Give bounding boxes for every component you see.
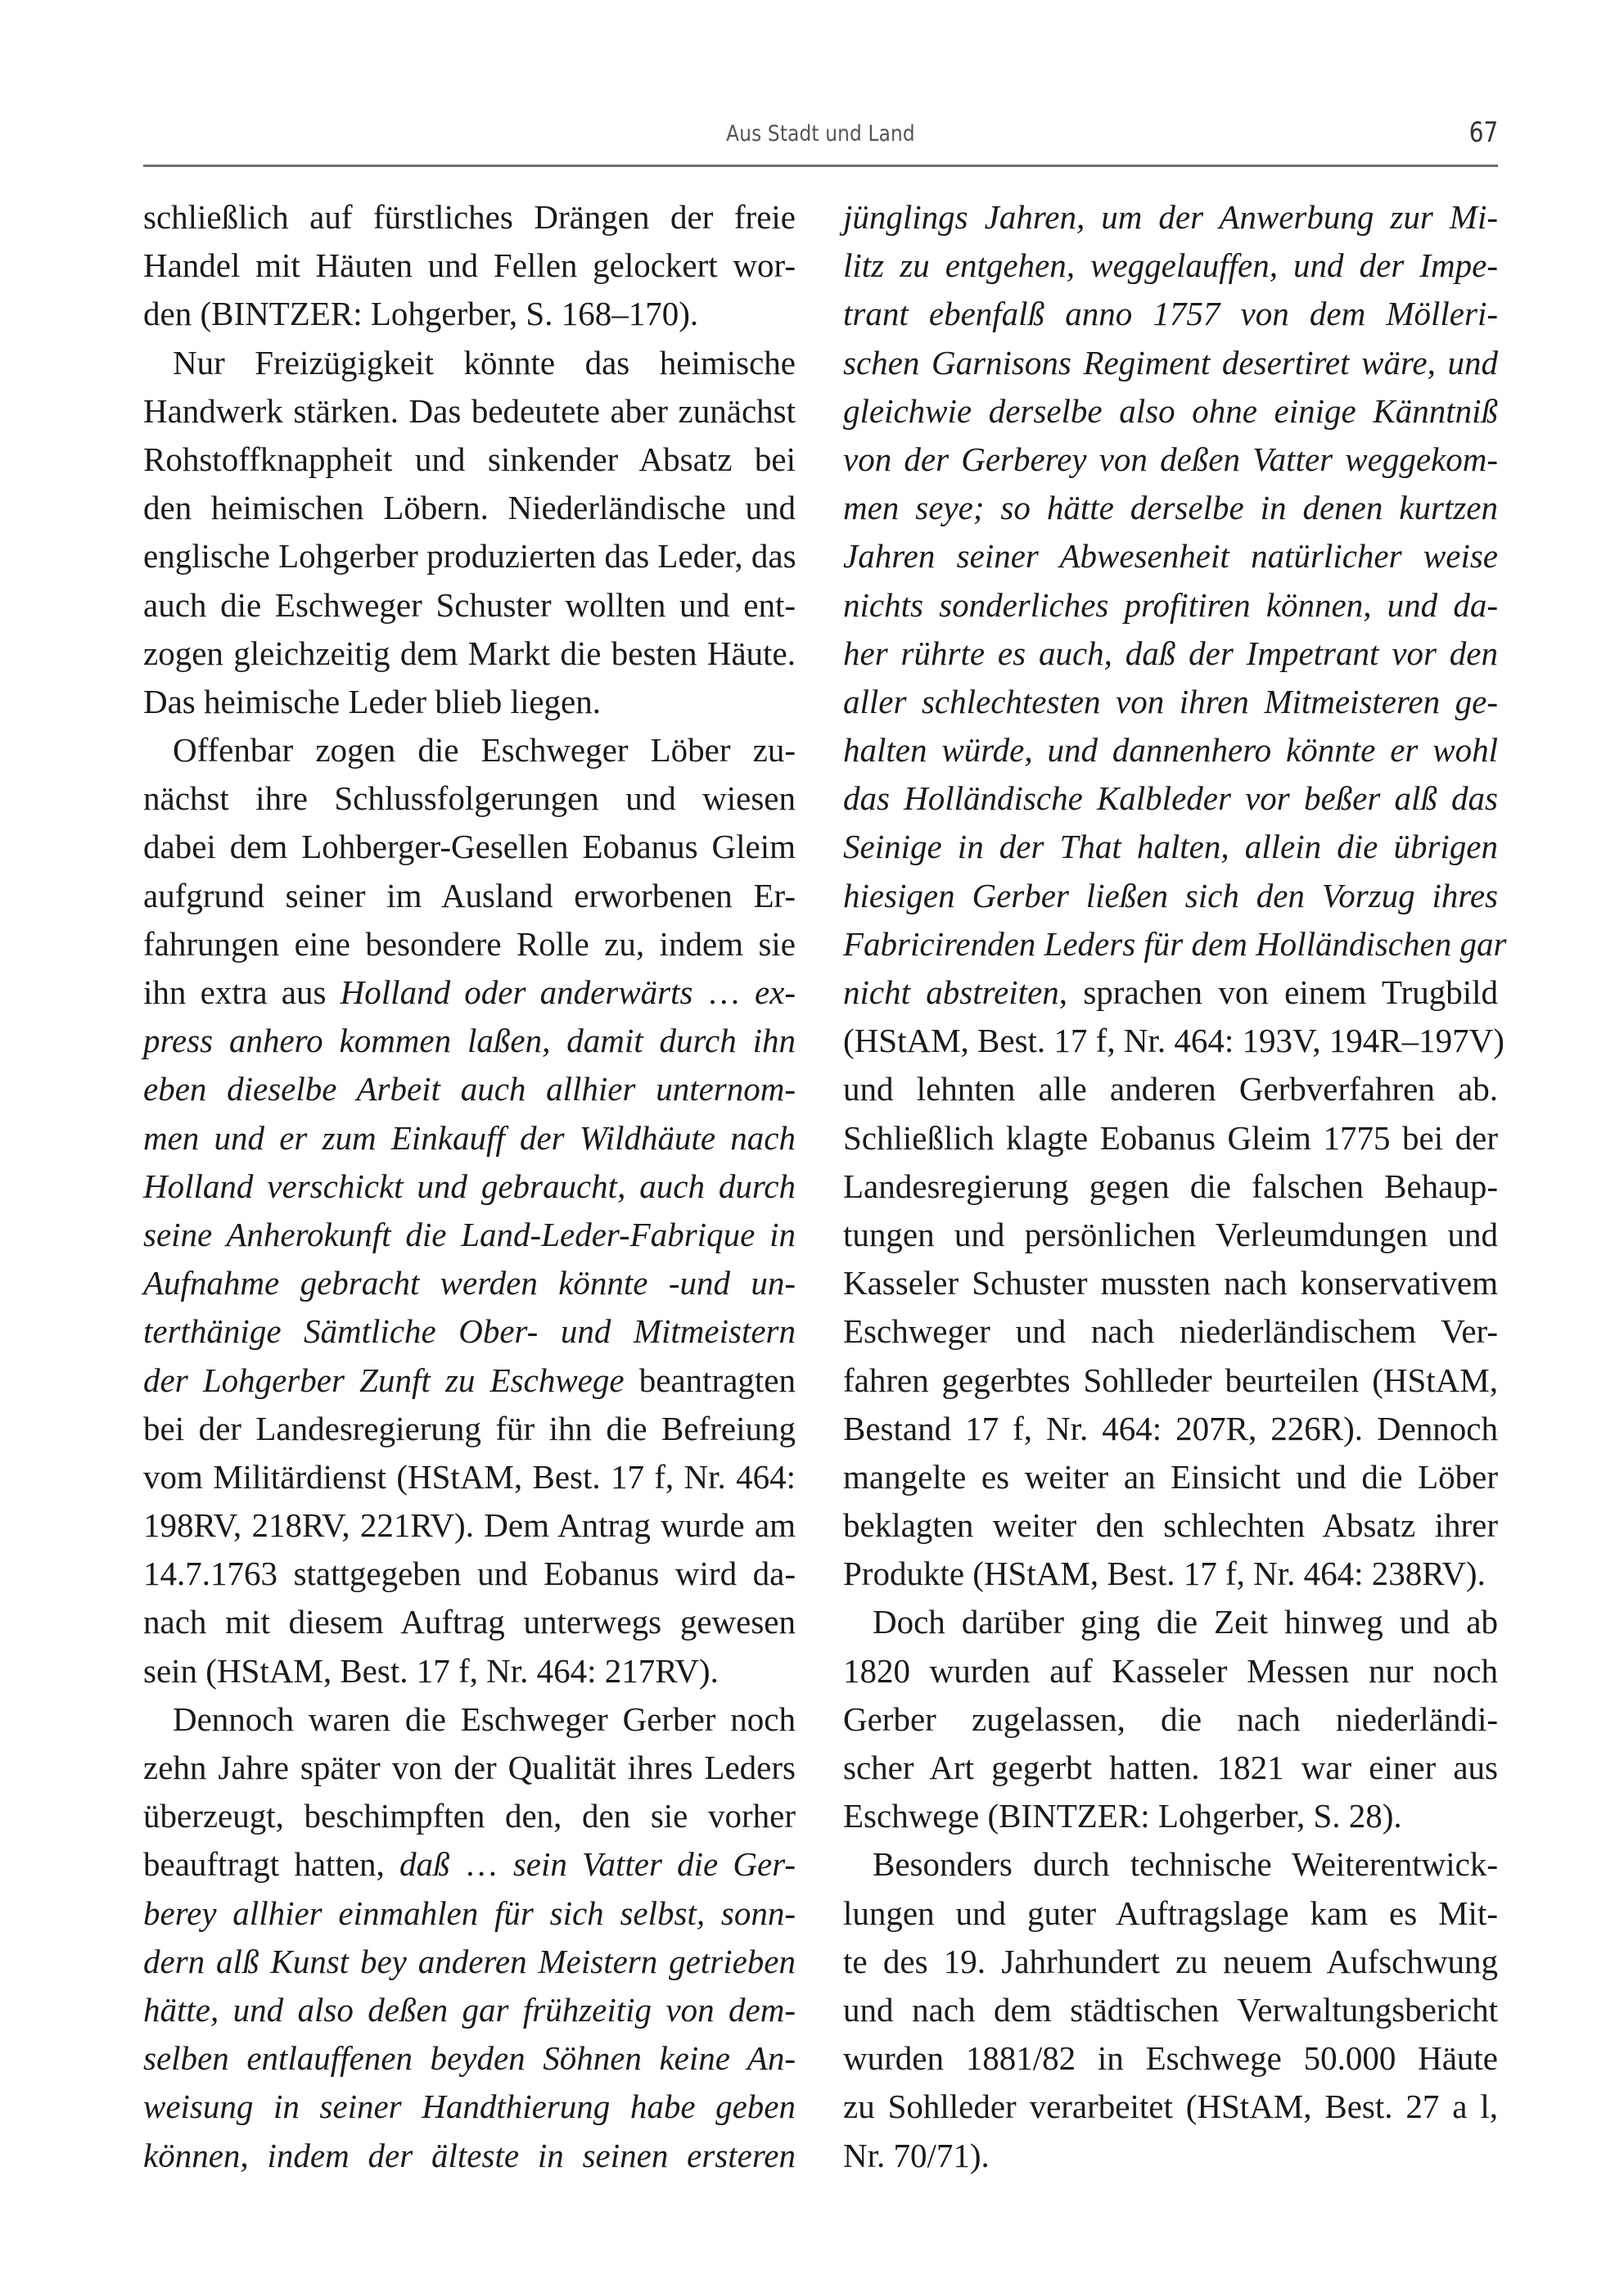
text-segment: Nur Freizügigkeit könnte das heimische — [173, 344, 796, 381]
italic-quote-segment: hätte, und also deßen gar frühzeitig von… — [143, 1991, 796, 2029]
text-line: hiesigen Gerber ließen sich den Vorzug i… — [843, 872, 1498, 920]
text-line: Eschweger und nach niederländischem Ver- — [843, 1307, 1498, 1356]
text-line: bei der Landesregierung für ihn die Befr… — [143, 1405, 796, 1453]
right-text-column: jünglings Jahren, um der Anwerbung zur M… — [843, 193, 1498, 2180]
text-line: von der Gerberey von deßen Vatter weggek… — [843, 436, 1498, 484]
italic-quote-segment: der Lohgerber Zunft zu Eschwege — [143, 1361, 625, 1399]
text-line: zehn Jahre später von der Qualität ihres… — [143, 1744, 796, 1792]
italic-quote-segment: hiesigen Gerber ließen sich den Vorzug i… — [843, 877, 1498, 914]
text-line: Aufnahme gebracht werden könnte -und un- — [143, 1259, 796, 1307]
italic-quote-segment: seine Anherokunft die Land-Leder-Fabriqu… — [143, 1216, 796, 1253]
text-line: sein (HStAM, Best. 17 f, Nr. 464: 217RV)… — [143, 1647, 796, 1695]
text-line: men und er zum Einkauff der Wildhäute na… — [143, 1114, 796, 1162]
text-line: 1820 wurden auf Kasseler Messen nur noch — [843, 1647, 1498, 1695]
italic-quote-segment: eben dieselbe Arbeit auch allhier untern… — [143, 1070, 796, 1108]
text-segment: 1820 wurden auf Kasseler Messen nur noch — [843, 1652, 1498, 1690]
italic-quote-segment: sein Vatter die Ger- — [513, 1845, 796, 1883]
text-segment: wurden 1881/82 in Eschwege 50.000 Häute — [843, 2039, 1498, 2077]
text-line: nicht abstreiten, sprachen von einem Tru… — [843, 968, 1498, 1017]
text-line: eben dieselbe Arbeit auch allhier untern… — [143, 1065, 796, 1113]
text-segment: Doch darüber ging die Zeit hinweg und ab — [873, 1603, 1498, 1641]
text-line: Nr. 70/71). — [843, 2132, 1498, 2180]
text-segment: lungen und guter Auftragslage kam es Mit… — [843, 1894, 1498, 1932]
italic-quote-segment: ex- — [755, 973, 796, 1011]
text-segment: tungen und persönlichen Verleumdungen un… — [843, 1216, 1498, 1253]
text-segment: den heimischen Löbern. Niederländische u… — [143, 489, 796, 526]
italic-quote-segment: von der Gerberey von deßen Vatter weggek… — [843, 440, 1498, 478]
text-segment: und lehnten alle anderen Gerbverfahren a… — [843, 1070, 1498, 1108]
text-line: nichts sonderliches profitiren können, u… — [843, 581, 1498, 630]
text-line: hätte, und also deßen gar frühzeitig von… — [143, 1986, 796, 2034]
text-line: Seinige in der That halten, allein die ü… — [843, 823, 1498, 871]
text-line: Offenbar zogen die Eschweger Löber zu- — [143, 726, 796, 774]
text-line: trant ebenfalß anno 1757 von dem Mölleri… — [843, 290, 1498, 338]
italic-quote-segment: Jahren seiner Abwesenheit natürlicher we… — [843, 537, 1498, 575]
left-text-column: schließlich auf fürstliches Drängen der … — [143, 193, 796, 2180]
text-line: lungen und guter Auftragslage kam es Mit… — [843, 1889, 1498, 1938]
text-segment: bei der Landesregierung für ihn die Befr… — [143, 1410, 796, 1447]
text-line: überzeugt, beschimpften den, den sie vor… — [143, 1792, 796, 1840]
running-header: Aus Stadt und Land 67 — [143, 115, 1498, 156]
text-line: press anhero kommen laßen, damit durch i… — [143, 1017, 796, 1065]
text-line: men seye; so hätte derselbe in denen kur… — [843, 484, 1498, 532]
text-segment: mangelte es weiter an Einsicht und die L… — [843, 1458, 1498, 1496]
italic-quote-segment: Aufnahme gebracht werden könnte -und un- — [143, 1264, 796, 1302]
text-line: können, indem der älteste in seinen erst… — [143, 2132, 796, 2180]
text-segment: Dennoch waren die Eschweger Gerber noch — [173, 1700, 796, 1738]
text-line: Handwerk stärken. Das bedeutete aber zun… — [143, 387, 796, 436]
book-page: Aus Stadt und Land 67 schließlich auf fü… — [0, 0, 1624, 2293]
text-line: beklagten weiter den schlechten Absatz i… — [843, 1501, 1498, 1550]
italic-quote-segment: das Holländische Kalbleder vor beßer alß… — [843, 779, 1498, 817]
italic-quote-segment: Fabricirenden Leders für dem Holländisch… — [843, 925, 1506, 963]
text-segment: 198RV, 218RV, 221RV). Dem Antrag wurde a… — [143, 1506, 796, 1544]
italic-quote-segment: trant ebenfalß anno 1757 von dem Mölleri… — [843, 295, 1498, 332]
text-line: nach mit diesem Auftrag unterwegs gewese… — [143, 1598, 796, 1646]
text-segment: Eschwege (BINTZER: Lohgerber, S. 28). — [843, 1797, 1402, 1835]
italic-quote-segment: Holland oder anderwärts — [341, 973, 693, 1011]
header-rule — [143, 165, 1498, 167]
text-segment: Handwerk stärken. Das bedeutete aber zun… — [143, 392, 796, 430]
text-segment: den (BINTZER: Lohgerber, S. 168–170). — [143, 295, 698, 332]
text-line: 198RV, 218RV, 221RV). Dem Antrag wurde a… — [143, 1501, 796, 1550]
italic-quote-segment: aller schlechtesten von ihren Mitmeister… — [843, 683, 1498, 720]
text-segment: Nr. 70/71). — [843, 2137, 990, 2174]
italic-quote-segment: daß — [399, 1845, 450, 1883]
text-line: nächst ihre Schlussfolgerungen und wiese… — [143, 774, 796, 823]
text-segment: Handel mit Häuten und Fellen gelockert w… — [143, 246, 796, 284]
text-segment: aufgrund seiner im Ausland erworbenen Er… — [143, 877, 796, 914]
italic-quote-segment: dern alß Kunst bey anderen Meistern getr… — [143, 1943, 796, 1980]
text-segment: dabei dem Lohberger-Gesellen Eobanus Gle… — [143, 828, 796, 865]
text-line: jünglings Jahren, um der Anwerbung zur M… — [843, 193, 1498, 241]
text-line: und nach dem städtischen Verwaltungsberi… — [843, 1986, 1498, 2034]
page-number: 67 — [1469, 116, 1498, 149]
italic-quote-segment: press anhero kommen laßen, damit durch i… — [143, 1022, 796, 1059]
text-line: der Lohgerber Zunft zu Eschwege beantrag… — [143, 1356, 796, 1405]
text-segment: ihn extra aus — [143, 973, 341, 1011]
text-segment: englische Lohgerber produzierten das Led… — [143, 537, 796, 575]
text-segment: sein (HStAM, Best. 17 f, Nr. 464: 217RV)… — [143, 1652, 719, 1690]
text-line: Schließlich klagte Eobanus Gleim 1775 be… — [843, 1114, 1498, 1162]
italic-quote-segment: berey allhier einmahlen für sich selbst,… — [143, 1894, 796, 1932]
text-line: fahrungen eine besondere Rolle zu, indem… — [143, 920, 796, 968]
text-segment: und nach dem städtischen Verwaltungsberi… — [843, 1991, 1498, 2029]
text-line: wurden 1881/82 in Eschwege 50.000 Häute — [843, 2034, 1498, 2083]
text-segment: Eschweger und nach niederländischem Ver- — [843, 1312, 1498, 1350]
text-line: das Holländische Kalbleder vor beßer alß… — [843, 774, 1498, 823]
text-segment: beklagten weiter den schlechten Absatz i… — [843, 1506, 1498, 1544]
text-line: und lehnten alle anderen Gerbverfahren a… — [843, 1065, 1498, 1113]
text-line: (HStAM, Best. 17 f, Nr. 464: 193V, 194R–… — [843, 1017, 1498, 1065]
text-line: scher Art gegerbt hatten. 1821 war einer… — [843, 1744, 1498, 1792]
text-line: 14.7.1763 stattgegeben und Eobanus wird … — [143, 1550, 796, 1598]
text-segment: Rohstoffknappheit und sinkender Absatz b… — [143, 440, 796, 478]
text-segment: Das heimische Leder blieb liegen. — [143, 683, 601, 720]
text-line: englische Lohgerber produzierten das Led… — [143, 532, 796, 580]
text-line: halten würde, und dannenhero könnte er w… — [843, 726, 1498, 774]
italic-quote-segment: nicht abstreiten — [843, 973, 1059, 1011]
text-line: auch die Eschweger Schuster wollten und … — [143, 581, 796, 630]
text-segment: … — [449, 1845, 512, 1883]
text-segment: Kasseler Schuster mussten nach konservat… — [843, 1264, 1498, 1302]
text-segment: schließlich auf fürstliches Drängen der … — [143, 198, 796, 236]
text-segment: zu Sohlleder verarbeitet (HStAM, Best. 2… — [843, 2088, 1498, 2125]
text-line: Jahren seiner Abwesenheit natürlicher we… — [843, 532, 1498, 580]
text-line: Doch darüber ging die Zeit hinweg und ab — [843, 1598, 1498, 1646]
text-line: tungen und persönlichen Verleumdungen un… — [843, 1211, 1498, 1259]
text-line: Rohstoffknappheit und sinkender Absatz b… — [143, 436, 796, 484]
text-line: seine Anherokunft die Land-Leder-Fabriqu… — [143, 1211, 796, 1259]
text-line: Nur Freizügigkeit könnte das heimische — [143, 339, 796, 387]
text-line: berey allhier einmahlen für sich selbst,… — [143, 1889, 796, 1938]
italic-quote-segment: Holland verschickt und gebraucht, auch d… — [143, 1167, 796, 1205]
text-segment: Gerber zugelassen, die nach niederländi- — [843, 1700, 1498, 1738]
text-line: beauftragt hatten, daß … sein Vatter die… — [143, 1840, 796, 1889]
text-line: mangelte es weiter an Einsicht und die L… — [843, 1453, 1498, 1501]
text-segment: Schließlich klagte Eobanus Gleim 1775 be… — [843, 1119, 1498, 1157]
text-segment: nächst ihre Schlussfolgerungen und wiese… — [143, 779, 796, 817]
text-segment: , sprachen von einem Trugbild — [1059, 973, 1498, 1011]
text-line: schen Garnisons Regiment desertiret wäre… — [843, 339, 1498, 387]
text-line: Kasseler Schuster mussten nach konservat… — [843, 1259, 1498, 1307]
text-segment: beantragten — [625, 1361, 796, 1399]
text-line: vom Militärdienst (HStAM, Best. 17 f, Nr… — [143, 1453, 796, 1501]
text-segment: auch die Eschweger Schuster wollten und … — [143, 586, 796, 624]
running-title: Aus Stadt und Land — [238, 121, 1403, 147]
text-line: aufgrund seiner im Ausland erworbenen Er… — [143, 872, 796, 920]
italic-quote-segment: nichts sonderliches profitiren können, u… — [843, 586, 1498, 624]
italic-quote-segment: jünglings Jahren, um der Anwerbung zur M… — [843, 198, 1498, 236]
italic-quote-segment: selben entlauffenen beyden Söhnen keine … — [143, 2039, 796, 2077]
text-line: Bestand 17 f, Nr. 464: 207R, 226R). Denn… — [843, 1405, 1498, 1453]
text-line: litz zu entgehen, weggelauffen, und der … — [843, 241, 1498, 290]
text-line: gleichwie derselbe also ohne einige Känn… — [843, 387, 1498, 436]
text-segment: scher Art gegerbt hatten. 1821 war einer… — [843, 1749, 1498, 1786]
text-line: te des 19. Jahrhundert zu neuem Aufschwu… — [843, 1938, 1498, 1986]
text-line: Dennoch waren die Eschweger Gerber noch — [143, 1695, 796, 1744]
text-segment: zogen gleichzeitig dem Markt die besten … — [143, 634, 796, 672]
text-line: den (BINTZER: Lohgerber, S. 168–170). — [143, 290, 796, 338]
text-line: ihn extra aus Holland oder anderwärts … … — [143, 968, 796, 1017]
text-segment: Landesregierung gegen die falschen Behau… — [843, 1167, 1498, 1205]
text-line: dabei dem Lohberger-Gesellen Eobanus Gle… — [143, 823, 796, 871]
text-line: schließlich auf fürstliches Drängen der … — [143, 193, 796, 241]
text-line: Holland verschickt und gebraucht, auch d… — [143, 1162, 796, 1211]
text-segment: zehn Jahre später von der Qualität ihres… — [143, 1749, 796, 1786]
text-segment: te des 19. Jahrhundert zu neuem Aufschwu… — [843, 1943, 1498, 1980]
text-segment: Offenbar zogen die Eschweger Löber zu- — [173, 731, 796, 769]
italic-quote-segment: men und er zum Einkauff der Wildhäute na… — [143, 1119, 796, 1157]
italic-quote-segment: schen Garnisons Regiment desertiret wäre… — [843, 344, 1498, 381]
text-segment: vom Militärdienst (HStAM, Best. 17 f, Nr… — [143, 1458, 796, 1496]
text-segment: nach mit diesem Auftrag unterwegs gewese… — [143, 1603, 796, 1641]
italic-quote-segment: her rührte es auch, daß der Impetrant vo… — [843, 634, 1498, 672]
text-line: Handel mit Häuten und Fellen gelockert w… — [143, 241, 796, 290]
text-segment: überzeugt, beschimpften den, den sie vor… — [143, 1797, 796, 1835]
text-segment: fahrungen eine besondere Rolle zu, indem… — [143, 925, 796, 963]
italic-quote-segment: Seinige in der That halten, allein die ü… — [843, 828, 1498, 865]
text-line: weisung in seiner Handthierung habe gebe… — [143, 2083, 796, 2131]
text-segment: Bestand 17 f, Nr. 464: 207R, 226R). Denn… — [843, 1410, 1498, 1447]
text-line: fahren gegerbtes Sohlleder beurteilen (H… — [843, 1356, 1498, 1405]
italic-quote-segment: men seye; so hätte derselbe in denen kur… — [843, 489, 1498, 526]
text-segment: Produkte (HStAM, Best. 17 f, Nr. 464: 23… — [843, 1555, 1486, 1592]
text-line: Produkte (HStAM, Best. 17 f, Nr. 464: 23… — [843, 1550, 1498, 1598]
text-line: selben entlauffenen beyden Söhnen keine … — [143, 2034, 796, 2083]
text-segment: beauftragt hatten, — [143, 1845, 399, 1883]
text-line: Das heimische Leder blieb liegen. — [143, 678, 796, 726]
text-line: aller schlechtesten von ihren Mitmeister… — [843, 678, 1498, 726]
text-line: zu Sohlleder verarbeitet (HStAM, Best. 2… — [843, 2083, 1498, 2131]
text-line: Besonders durch technische Weiterentwick… — [843, 1840, 1498, 1889]
italic-quote-segment: terthänige Sämtliche Ober- und Mitmeiste… — [143, 1312, 796, 1350]
text-segment: Besonders durch technische Weiterentwick… — [873, 1845, 1498, 1883]
text-line: terthänige Sämtliche Ober- und Mitmeiste… — [143, 1307, 796, 1356]
text-segment: (HStAM, Best. 17 f, Nr. 464: 193V, 194R–… — [843, 1022, 1504, 1059]
text-line: den heimischen Löbern. Niederländische u… — [143, 484, 796, 532]
text-line: Gerber zugelassen, die nach niederländi- — [843, 1695, 1498, 1744]
text-line: Fabricirenden Leders für dem Holländisch… — [843, 920, 1498, 968]
text-segment: … — [692, 973, 754, 1011]
italic-quote-segment: litz zu entgehen, weggelauffen, und der … — [843, 246, 1498, 284]
italic-quote-segment: halten würde, und dannenhero könnte er w… — [843, 731, 1498, 769]
text-line: dern alß Kunst bey anderen Meistern getr… — [143, 1938, 796, 1986]
text-segment: 14.7.1763 stattgegeben und Eobanus wird … — [143, 1555, 796, 1592]
text-segment: fahren gegerbtes Sohlleder beurteilen (H… — [843, 1361, 1498, 1399]
italic-quote-segment: weisung in seiner Handthierung habe gebe… — [143, 2088, 796, 2125]
italic-quote-segment: können, indem der älteste in seinen erst… — [143, 2137, 796, 2174]
text-line: Landesregierung gegen die falschen Behau… — [843, 1162, 1498, 1211]
text-line: her rührte es auch, daß der Impetrant vo… — [843, 630, 1498, 678]
italic-quote-segment: gleichwie derselbe also ohne einige Känn… — [843, 392, 1498, 430]
text-line: zogen gleichzeitig dem Markt die besten … — [143, 630, 796, 678]
text-line: Eschwege (BINTZER: Lohgerber, S. 28). — [843, 1792, 1498, 1840]
